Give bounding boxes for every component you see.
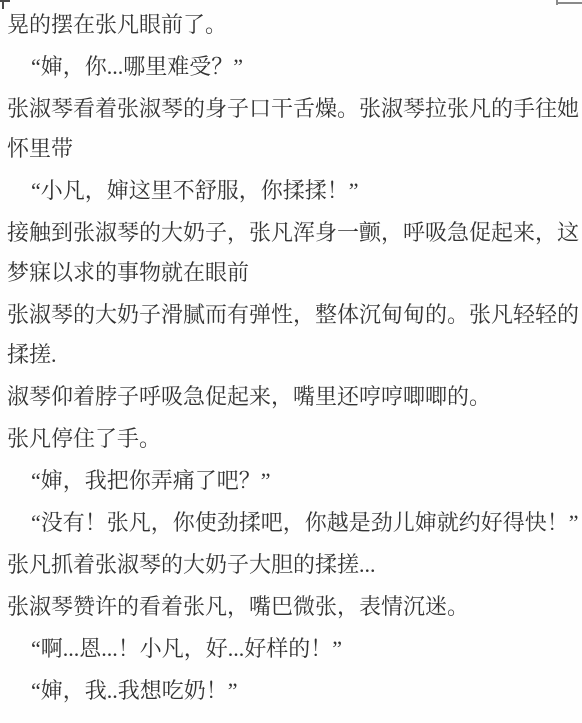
- story-paragraph: “婶，我把你弄痛了吧？”: [7, 461, 579, 501]
- story-paragraph: 张淑琴的大奶子滑腻而有弹性，整体沉甸甸的。张凡轻轻的揉搓.: [7, 295, 579, 375]
- story-paragraph: 张淑琴看着张淑琴的身子口干舌燥。张淑琴拉张凡的手往她怀里带: [7, 89, 579, 169]
- story-paragraph: 晃的摆在张凡眼前了。: [7, 5, 579, 45]
- story-paragraph: “小凡，婶这里不舒服，你揉揉！”: [7, 171, 579, 211]
- border-fragment-top-left-vertical: [2, 0, 4, 9]
- story-paragraph: 淑琴仰着脖子呼吸急促起来，嘴里还哼哼唧唧的。: [7, 377, 579, 417]
- story-paragraph: 张淑琴赞许的看着张凡，嘴巴微张，表情沉迷。: [7, 587, 579, 627]
- story-paragraph: 张凡停住了手。: [7, 419, 579, 459]
- story-paragraph: “婶，我..我想吃奶！”: [7, 671, 579, 711]
- story-paragraph: “婶，你...哪里难受？”: [7, 47, 579, 87]
- story-paragraph: “啊...恩...！小凡，好...好样的！”: [7, 629, 579, 669]
- story-paragraph: “没有！张凡，你使劲揉吧，你越是劲儿婶就约好得快！”: [7, 503, 579, 543]
- novel-page: 晃的摆在张凡眼前了。“婶，你...哪里难受？”张淑琴看着张淑琴的身子口干舌燥。张…: [0, 0, 582, 723]
- border-fragment-top-right-horizontal: [556, 2, 582, 4]
- story-text: 晃的摆在张凡眼前了。“婶，你...哪里难受？”张淑琴看着张淑琴的身子口干舌燥。张…: [7, 5, 579, 713]
- story-paragraph: 张凡抓着张淑琴的大奶子大胆的揉搓...: [7, 545, 579, 585]
- story-paragraph: 接触到张淑琴的大奶子，张凡浑身一颤，呼吸急促起来，这梦寐以求的事物就在眼前: [7, 213, 579, 293]
